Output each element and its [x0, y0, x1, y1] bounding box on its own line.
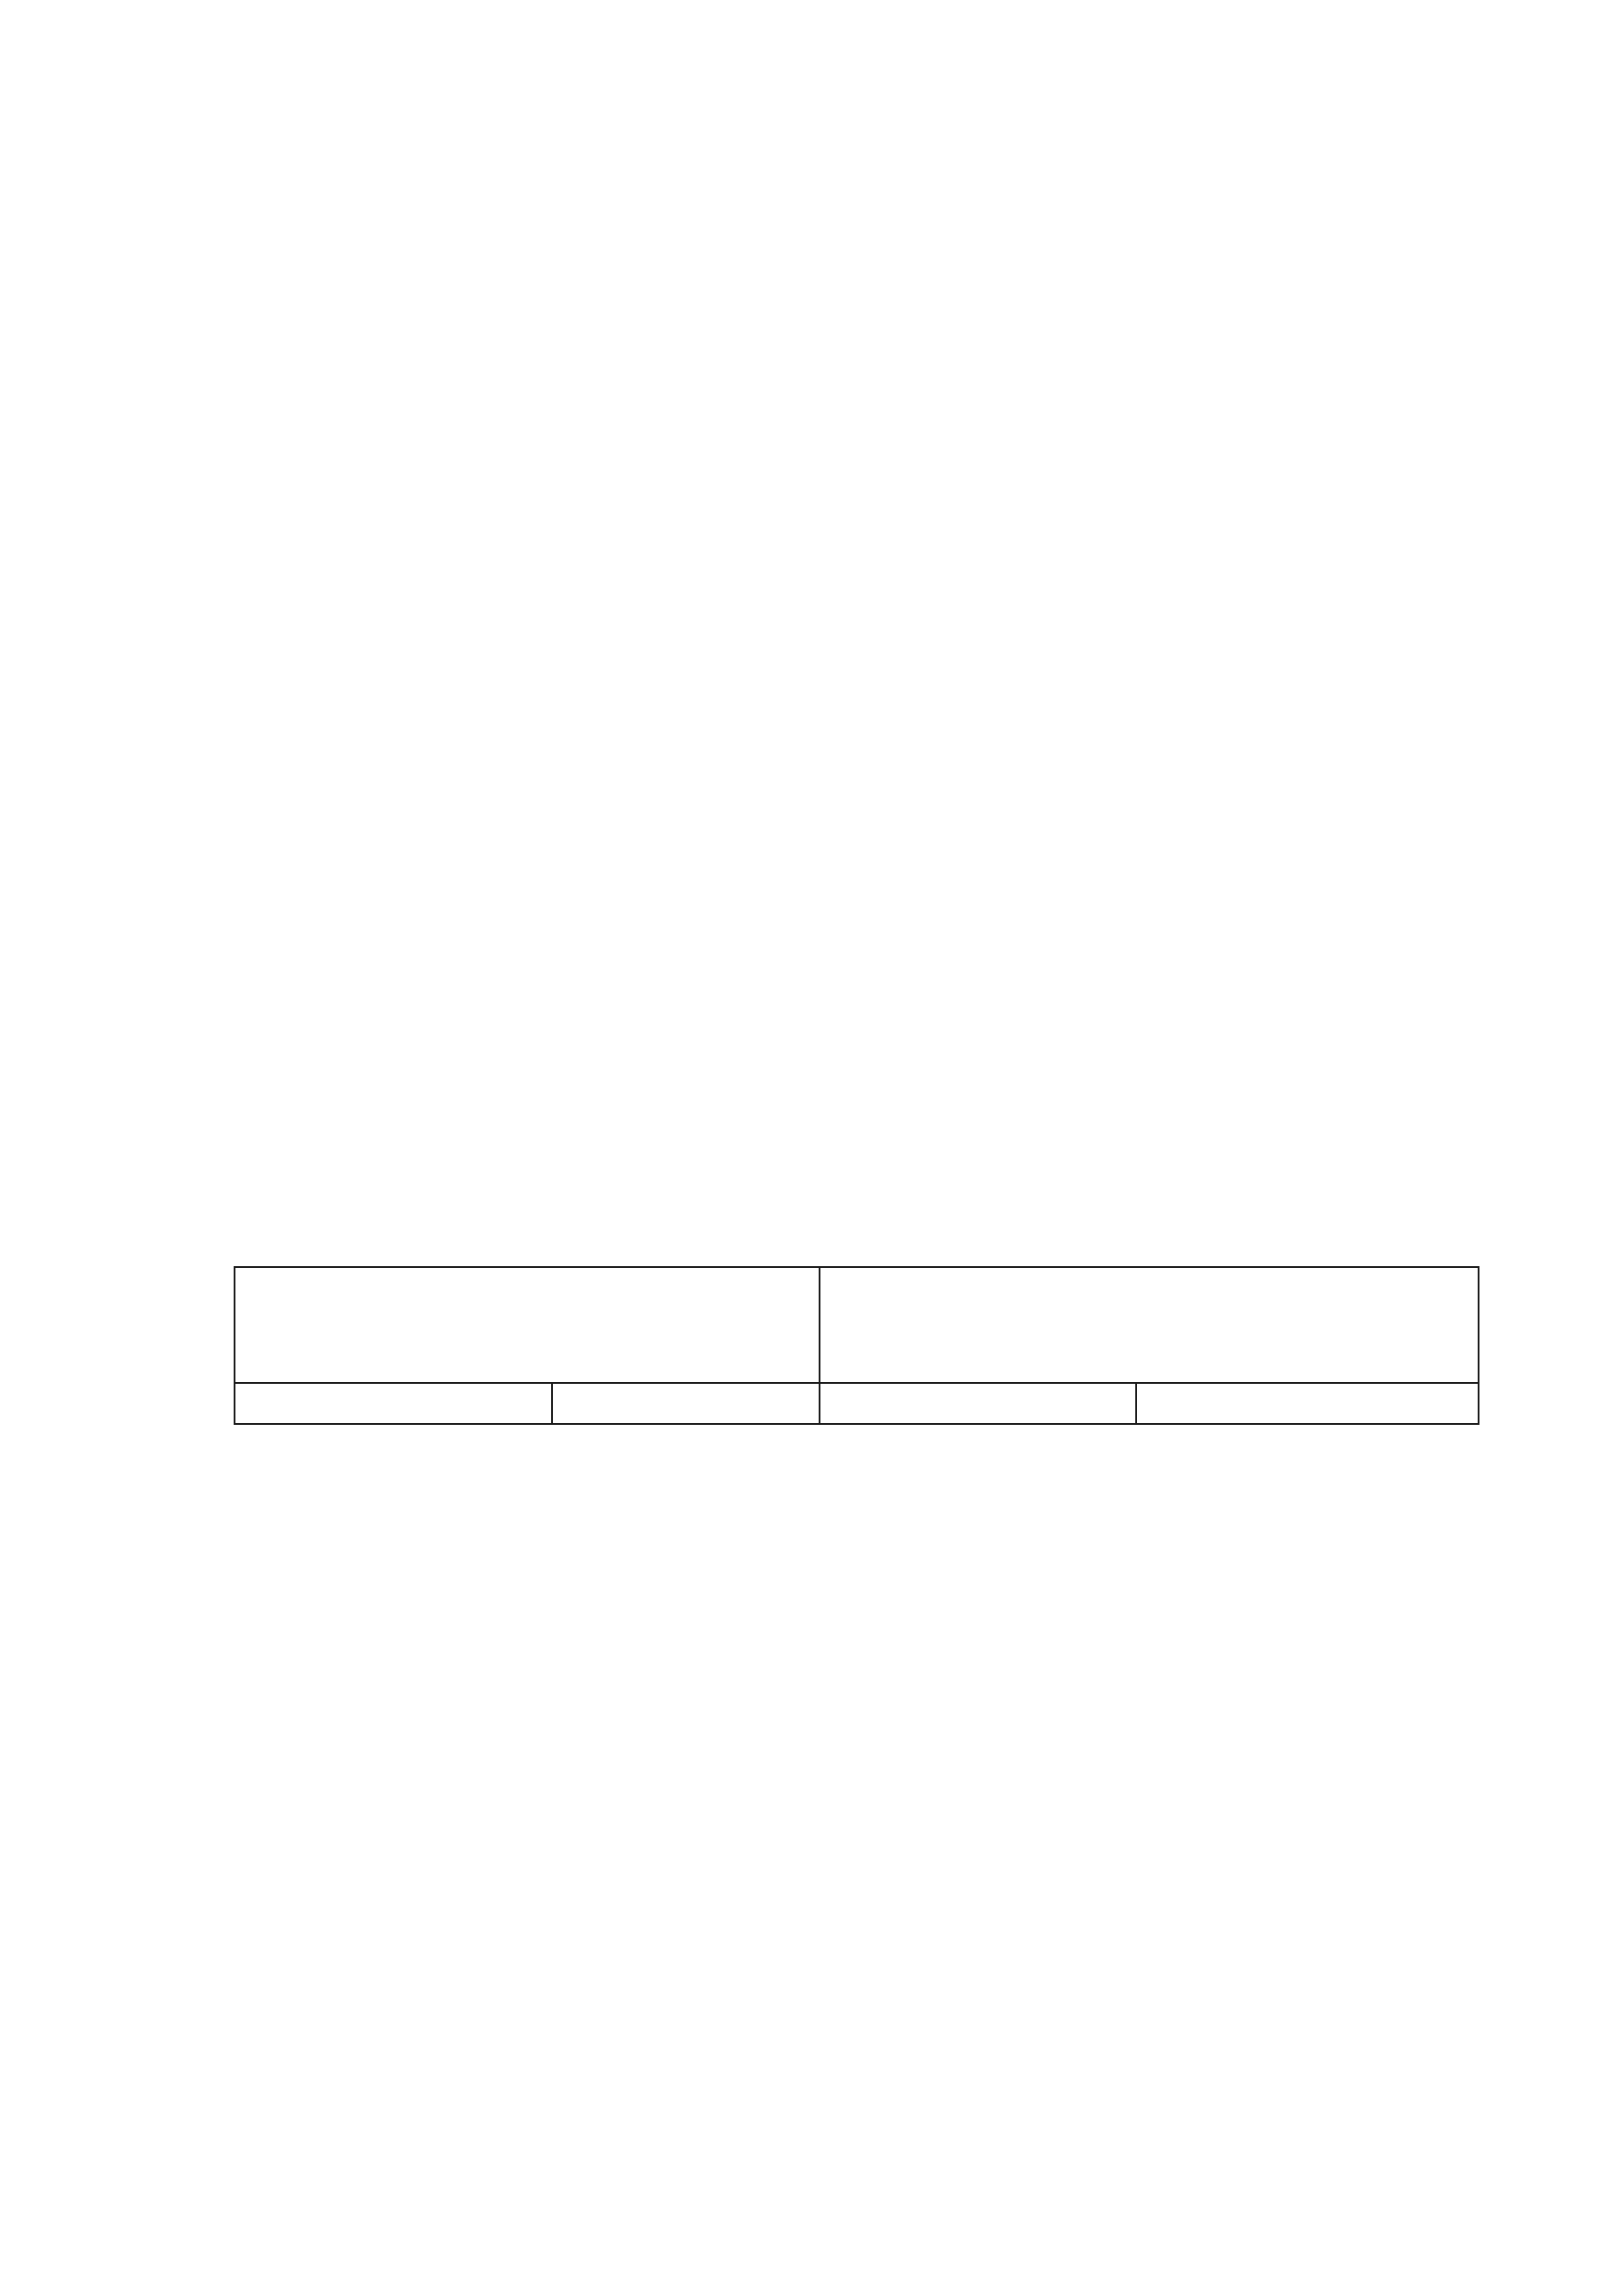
table-header-strength [820, 1267, 1479, 1383]
subheader-b30 [820, 1383, 1137, 1424]
document-page [0, 0, 1607, 2296]
table-header-moment [235, 1267, 820, 1383]
subheader-b40 [1136, 1383, 1479, 1424]
subheader-length-15-6 [552, 1383, 820, 1424]
subheader-length-13-6 [235, 1383, 552, 1424]
transfer-strength-table [234, 1266, 1479, 1425]
